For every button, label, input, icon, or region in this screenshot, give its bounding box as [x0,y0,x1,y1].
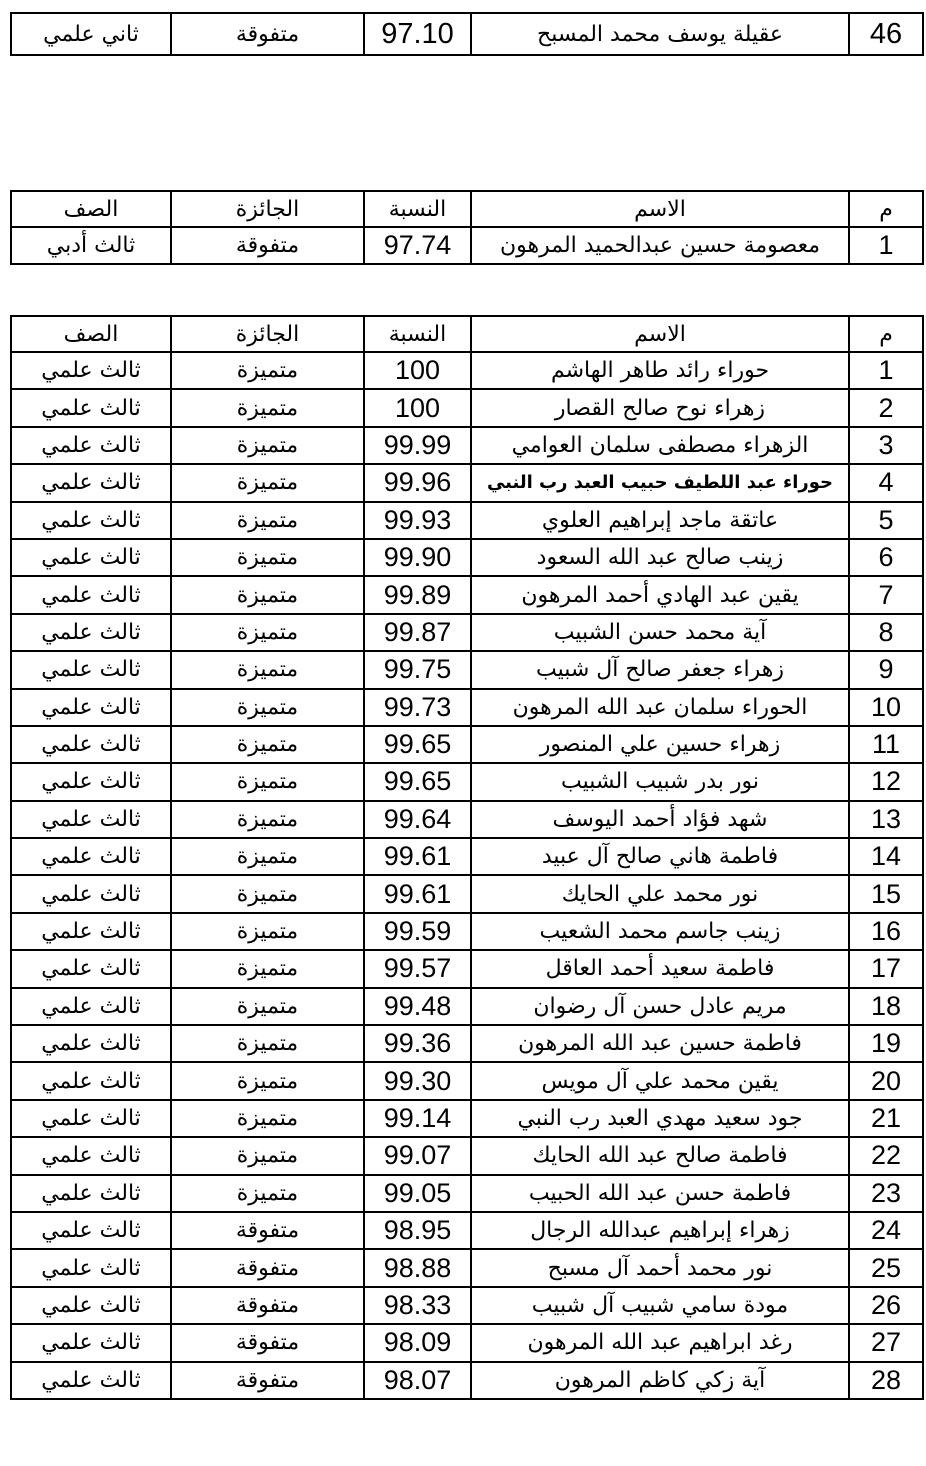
cell-class: ثالث علمي [11,614,171,651]
cell-class: ثالث علمي [11,1100,171,1137]
cell-index: 9 [849,651,923,688]
cell-student-name: آية زكي كاظم المرهون [471,1362,849,1399]
cell-index: 3 [849,427,923,464]
cell-index: 13 [849,801,923,838]
cell-class: ثالث علمي [11,763,171,800]
cell-student-name: فاطمة حسين عبد الله المرهون [471,1025,849,1062]
cell-class: ثالث علمي [11,988,171,1025]
table-row: 28آية زكي كاظم المرهون98.07متفوقةثالث عل… [11,1362,923,1399]
table-row: 5عاتقة ماجد إبراهيم العلوي99.93متميزةثال… [11,502,923,539]
cell-student-name: الزهراء مصطفى سلمان العوامي [471,427,849,464]
cell-class: ثالث علمي [11,913,171,950]
cell-class: ثالث علمي [11,875,171,912]
table-row: 24زهراء إبراهيم عبدالله الرجال98.95متفوق… [11,1212,923,1249]
cell-award: متفوقة [171,1249,364,1286]
cell-award: متميزة [171,726,364,763]
cell-award: متميزة [171,1100,364,1137]
cell-class: ثالث علمي [11,689,171,726]
table-row: 13شهد فؤاد أحمد اليوسف99.64متميزةثالث عل… [11,801,923,838]
cell-award: متميزة [171,1175,364,1212]
table-row: 46عقيلة يوسف محمد المسبح97.10متفوقةثاني … [11,13,923,55]
table-row: 10الحوراء سلمان عبد الله المرهون99.73متم… [11,689,923,726]
cell-student-name: زينب صالح عبد الله السعود [471,539,849,576]
cell-percentage: 99.59 [364,913,471,950]
cell-student-name: زهراء حسين علي المنصور [471,726,849,763]
cell-student-name: عقيلة يوسف محمد المسبح [471,13,849,55]
table-row: 16زينب جاسم محمد الشعيب99.59متميزةثالث ع… [11,913,923,950]
table-row: 27رغد ابراهيم عبد الله المرهون98.09متفوق… [11,1324,923,1361]
table-row: 4حوراء عبد اللطيف حبيب العبد رب النبي99.… [11,464,923,501]
table-row: 19فاطمة حسين عبد الله المرهون99.36متميزة… [11,1025,923,1062]
cell-index: 23 [849,1175,923,1212]
cell-index: 6 [849,539,923,576]
cell-percentage: 98.09 [364,1324,471,1361]
cell-index: 5 [849,502,923,539]
cell-award: متميزة [171,539,364,576]
cell-index: 7 [849,576,923,613]
cell-student-name: آية محمد حسن الشبيب [471,614,849,651]
table-row: 22فاطمة صالح عبد الله الحايك99.07متميزةث… [11,1137,923,1174]
header-percentage: النسبة [364,191,471,227]
cell-class: ثالث علمي [11,352,171,389]
cell-award: متميزة [171,614,364,651]
table-row: 2زهراء نوح صالح القصار100متميزةثالث علمي [11,389,923,426]
table-row: 25نور محمد أحمد آل مسبح98.88متفوقةثالث ع… [11,1249,923,1286]
award-table-scientific-third: مالاسمالنسبةالجائزةالصف1حوراء رائد طاهر … [10,315,924,1400]
cell-percentage: 99.99 [364,427,471,464]
cell-student-name: فاطمة هاني صالح آل عبيد [471,838,849,875]
table-row: 14فاطمة هاني صالح آل عبيد99.61متميزةثالث… [11,838,923,875]
cell-award: متميزة [171,1137,364,1174]
cell-class: ثالث علمي [11,1025,171,1062]
cell-class: ثالث علمي [11,1362,171,1399]
cell-percentage: 99.90 [364,539,471,576]
cell-class: ثالث علمي [11,838,171,875]
cell-percentage: 99.61 [364,838,471,875]
header-percentage: النسبة [364,316,471,352]
cell-index: 10 [849,689,923,726]
cell-student-name: فاطمة صالح عبد الله الحايك [471,1137,849,1174]
cell-percentage: 97.74 [364,227,471,264]
table-row: 21جود سعيد مهدي العبد رب النبي99.14متميز… [11,1100,923,1137]
cell-percentage: 97.10 [364,13,471,55]
cell-award: متفوقة [171,1362,364,1399]
cell-class: ثالث علمي [11,726,171,763]
cell-student-name: فاطمة حسن عبد الله الحبيب [471,1175,849,1212]
table-row: 9زهراء جعفر صالح آل شبيب99.75متميزةثالث … [11,651,923,688]
cell-student-name: يقين عبد الهادي أحمد المرهون [471,576,849,613]
header-award: الجائزة [171,191,364,227]
cell-index: 4 [849,464,923,501]
cell-student-name: جود سعيد مهدي العبد رب النبي [471,1100,849,1137]
award-table-top-fragment-wrap: 46عقيلة يوسف محمد المسبح97.10متفوقةثاني … [10,12,922,56]
cell-student-name: شهد فؤاد أحمد اليوسف [471,801,849,838]
cell-percentage: 99.05 [364,1175,471,1212]
cell-class: ثالث علمي [11,464,171,501]
table-row: 7يقين عبد الهادي أحمد المرهون99.89متميزة… [11,576,923,613]
cell-percentage: 99.65 [364,726,471,763]
header-student-name: الاسم [471,191,849,227]
cell-index: 19 [849,1025,923,1062]
header-class: الصف [11,191,171,227]
cell-percentage: 99.14 [364,1100,471,1137]
cell-award: متميزة [171,913,364,950]
cell-percentage: 98.88 [364,1249,471,1286]
cell-class: ثالث علمي [11,1249,171,1286]
cell-percentage: 99.30 [364,1062,471,1099]
table-row: 1حوراء رائد طاهر الهاشم100متميزةثالث علم… [11,352,923,389]
header-award: الجائزة [171,316,364,352]
award-table-top-fragment: 46عقيلة يوسف محمد المسبح97.10متفوقةثاني … [10,12,924,56]
cell-award: متفوقة [171,1324,364,1361]
cell-index: 11 [849,726,923,763]
cell-class: ثالث علمي [11,651,171,688]
table-row: 6زينب صالح عبد الله السعود99.90متميزةثال… [11,539,923,576]
cell-percentage: 100 [364,389,471,426]
cell-award: متميزة [171,576,364,613]
cell-class: ثالث أدبي [11,227,171,264]
cell-class: ثاني علمي [11,13,171,55]
table-row: 1معصومة حسين عبدالحميد المرهون97.74متفوق… [11,227,923,264]
cell-student-name: عاتقة ماجد إبراهيم العلوي [471,502,849,539]
cell-index: 24 [849,1212,923,1249]
cell-percentage: 99.87 [364,614,471,651]
cell-index: 27 [849,1324,923,1361]
cell-award: متميزة [171,352,364,389]
cell-award: متميزة [171,389,364,426]
cell-class: ثالث علمي [11,576,171,613]
cell-award: متميزة [171,1025,364,1062]
header-row: مالاسمالنسبةالجائزةالصف [11,316,923,352]
cell-percentage: 99.64 [364,801,471,838]
cell-award: متميزة [171,689,364,726]
cell-percentage: 99.07 [364,1137,471,1174]
header-class: الصف [11,316,171,352]
cell-class: ثالث علمي [11,539,171,576]
cell-percentage: 100 [364,352,471,389]
cell-award: متميزة [171,838,364,875]
cell-percentage: 98.07 [364,1362,471,1399]
header-student-name: الاسم [471,316,849,352]
table-row: 18مريم عادل حسن آل رضوان99.48متميزةثالث … [11,988,923,1025]
cell-percentage: 99.61 [364,875,471,912]
cell-student-name: زينب جاسم محمد الشعيب [471,913,849,950]
table-row: 26مودة سامي شبيب آل شبيب98.33متفوقةثالث … [11,1287,923,1324]
cell-index: 15 [849,875,923,912]
cell-award: متميزة [171,427,364,464]
cell-student-name: نور محمد أحمد آل مسبح [471,1249,849,1286]
cell-student-name: رغد ابراهيم عبد الله المرهون [471,1324,849,1361]
cell-index: 26 [849,1287,923,1324]
cell-class: ثالث علمي [11,1137,171,1174]
table-row: 8آية محمد حسن الشبيب99.87متميزةثالث علمي [11,614,923,651]
cell-index: 25 [849,1249,923,1286]
cell-award: متميزة [171,875,364,912]
cell-award: متميزة [171,801,364,838]
cell-award: متميزة [171,988,364,1025]
cell-award: متفوقة [171,227,364,264]
cell-index: 16 [849,913,923,950]
cell-student-name: زهراء نوح صالح القصار [471,389,849,426]
cell-index: 2 [849,389,923,426]
header-row: مالاسمالنسبةالجائزةالصف [11,191,923,227]
cell-student-name: نور محمد علي الحايك [471,875,849,912]
cell-percentage: 98.95 [364,1212,471,1249]
cell-index: 46 [849,13,923,55]
cell-class: ثالث علمي [11,801,171,838]
cell-index: 14 [849,838,923,875]
cell-percentage: 99.65 [364,763,471,800]
cell-class: ثالث علمي [11,950,171,987]
cell-percentage: 99.57 [364,950,471,987]
cell-student-name: فاطمة سعيد أحمد العاقل [471,950,849,987]
cell-award: متميزة [171,763,364,800]
cell-class: ثالث علمي [11,1212,171,1249]
cell-student-name: مريم عادل حسن آل رضوان [471,988,849,1025]
cell-class: ثالث علمي [11,1324,171,1361]
cell-percentage: 99.73 [364,689,471,726]
cell-class: ثالث علمي [11,502,171,539]
table-row: 12نور بدر شبيب الشبيب99.65متميزةثالث علم… [11,763,923,800]
cell-index: 1 [849,227,923,264]
cell-class: ثالث علمي [11,1062,171,1099]
award-table-literary-third-wrap: مالاسمالنسبةالجائزةالصف1معصومة حسين عبدا… [10,190,922,265]
table-row: 17فاطمة سعيد أحمد العاقل99.57متميزةثالث … [11,950,923,987]
page: { "page": { "background": "#ffffff", "te… [0,0,926,1466]
cell-student-name: زهراء جعفر صالح آل شبيب [471,651,849,688]
cell-class: ثالث علمي [11,1175,171,1212]
cell-percentage: 99.36 [364,1025,471,1062]
cell-award: متفوقة [171,1287,364,1324]
cell-index: 28 [849,1362,923,1399]
cell-index: 1 [849,352,923,389]
cell-index: 21 [849,1100,923,1137]
cell-student-name: نور بدر شبيب الشبيب [471,763,849,800]
cell-index: 20 [849,1062,923,1099]
header-index: م [849,316,923,352]
table-row: 11زهراء حسين علي المنصور99.65متميزةثالث … [11,726,923,763]
cell-award: متميزة [171,464,364,501]
cell-award: متفوقة [171,13,364,55]
cell-percentage: 99.48 [364,988,471,1025]
cell-student-name: الحوراء سلمان عبد الله المرهون [471,689,849,726]
cell-index: 22 [849,1137,923,1174]
header-index: م [849,191,923,227]
cell-student-name: حوراء رائد طاهر الهاشم [471,352,849,389]
cell-class: ثالث علمي [11,1287,171,1324]
cell-percentage: 99.93 [364,502,471,539]
cell-percentage: 98.33 [364,1287,471,1324]
cell-student-name: يقين محمد علي آل مويس [471,1062,849,1099]
table-row: 20يقين محمد علي آل مويس99.30متميزةثالث ع… [11,1062,923,1099]
cell-award: متميزة [171,502,364,539]
cell-percentage: 99.96 [364,464,471,501]
cell-percentage: 99.75 [364,651,471,688]
award-table-literary-third: مالاسمالنسبةالجائزةالصف1معصومة حسين عبدا… [10,190,924,265]
cell-student-name: زهراء إبراهيم عبدالله الرجال [471,1212,849,1249]
cell-percentage: 99.89 [364,576,471,613]
table-row: 23فاطمة حسن عبد الله الحبيب99.05متميزةثا… [11,1175,923,1212]
cell-class: ثالث علمي [11,389,171,426]
table-row: 15نور محمد علي الحايك99.61متميزةثالث علم… [11,875,923,912]
cell-student-name: مودة سامي شبيب آل شبيب [471,1287,849,1324]
cell-class: ثالث علمي [11,427,171,464]
cell-student-name: معصومة حسين عبدالحميد المرهون [471,227,849,264]
cell-index: 8 [849,614,923,651]
cell-award: متميزة [171,1062,364,1099]
cell-student-name: حوراء عبد اللطيف حبيب العبد رب النبي [471,464,849,501]
cell-award: متميزة [171,651,364,688]
table-row: 3الزهراء مصطفى سلمان العوامي99.99متميزةث… [11,427,923,464]
cell-award: متميزة [171,950,364,987]
cell-index: 12 [849,763,923,800]
cell-index: 17 [849,950,923,987]
cell-award: متفوقة [171,1212,364,1249]
cell-index: 18 [849,988,923,1025]
award-table-scientific-third-wrap: مالاسمالنسبةالجائزةالصف1حوراء رائد طاهر … [10,315,922,1400]
